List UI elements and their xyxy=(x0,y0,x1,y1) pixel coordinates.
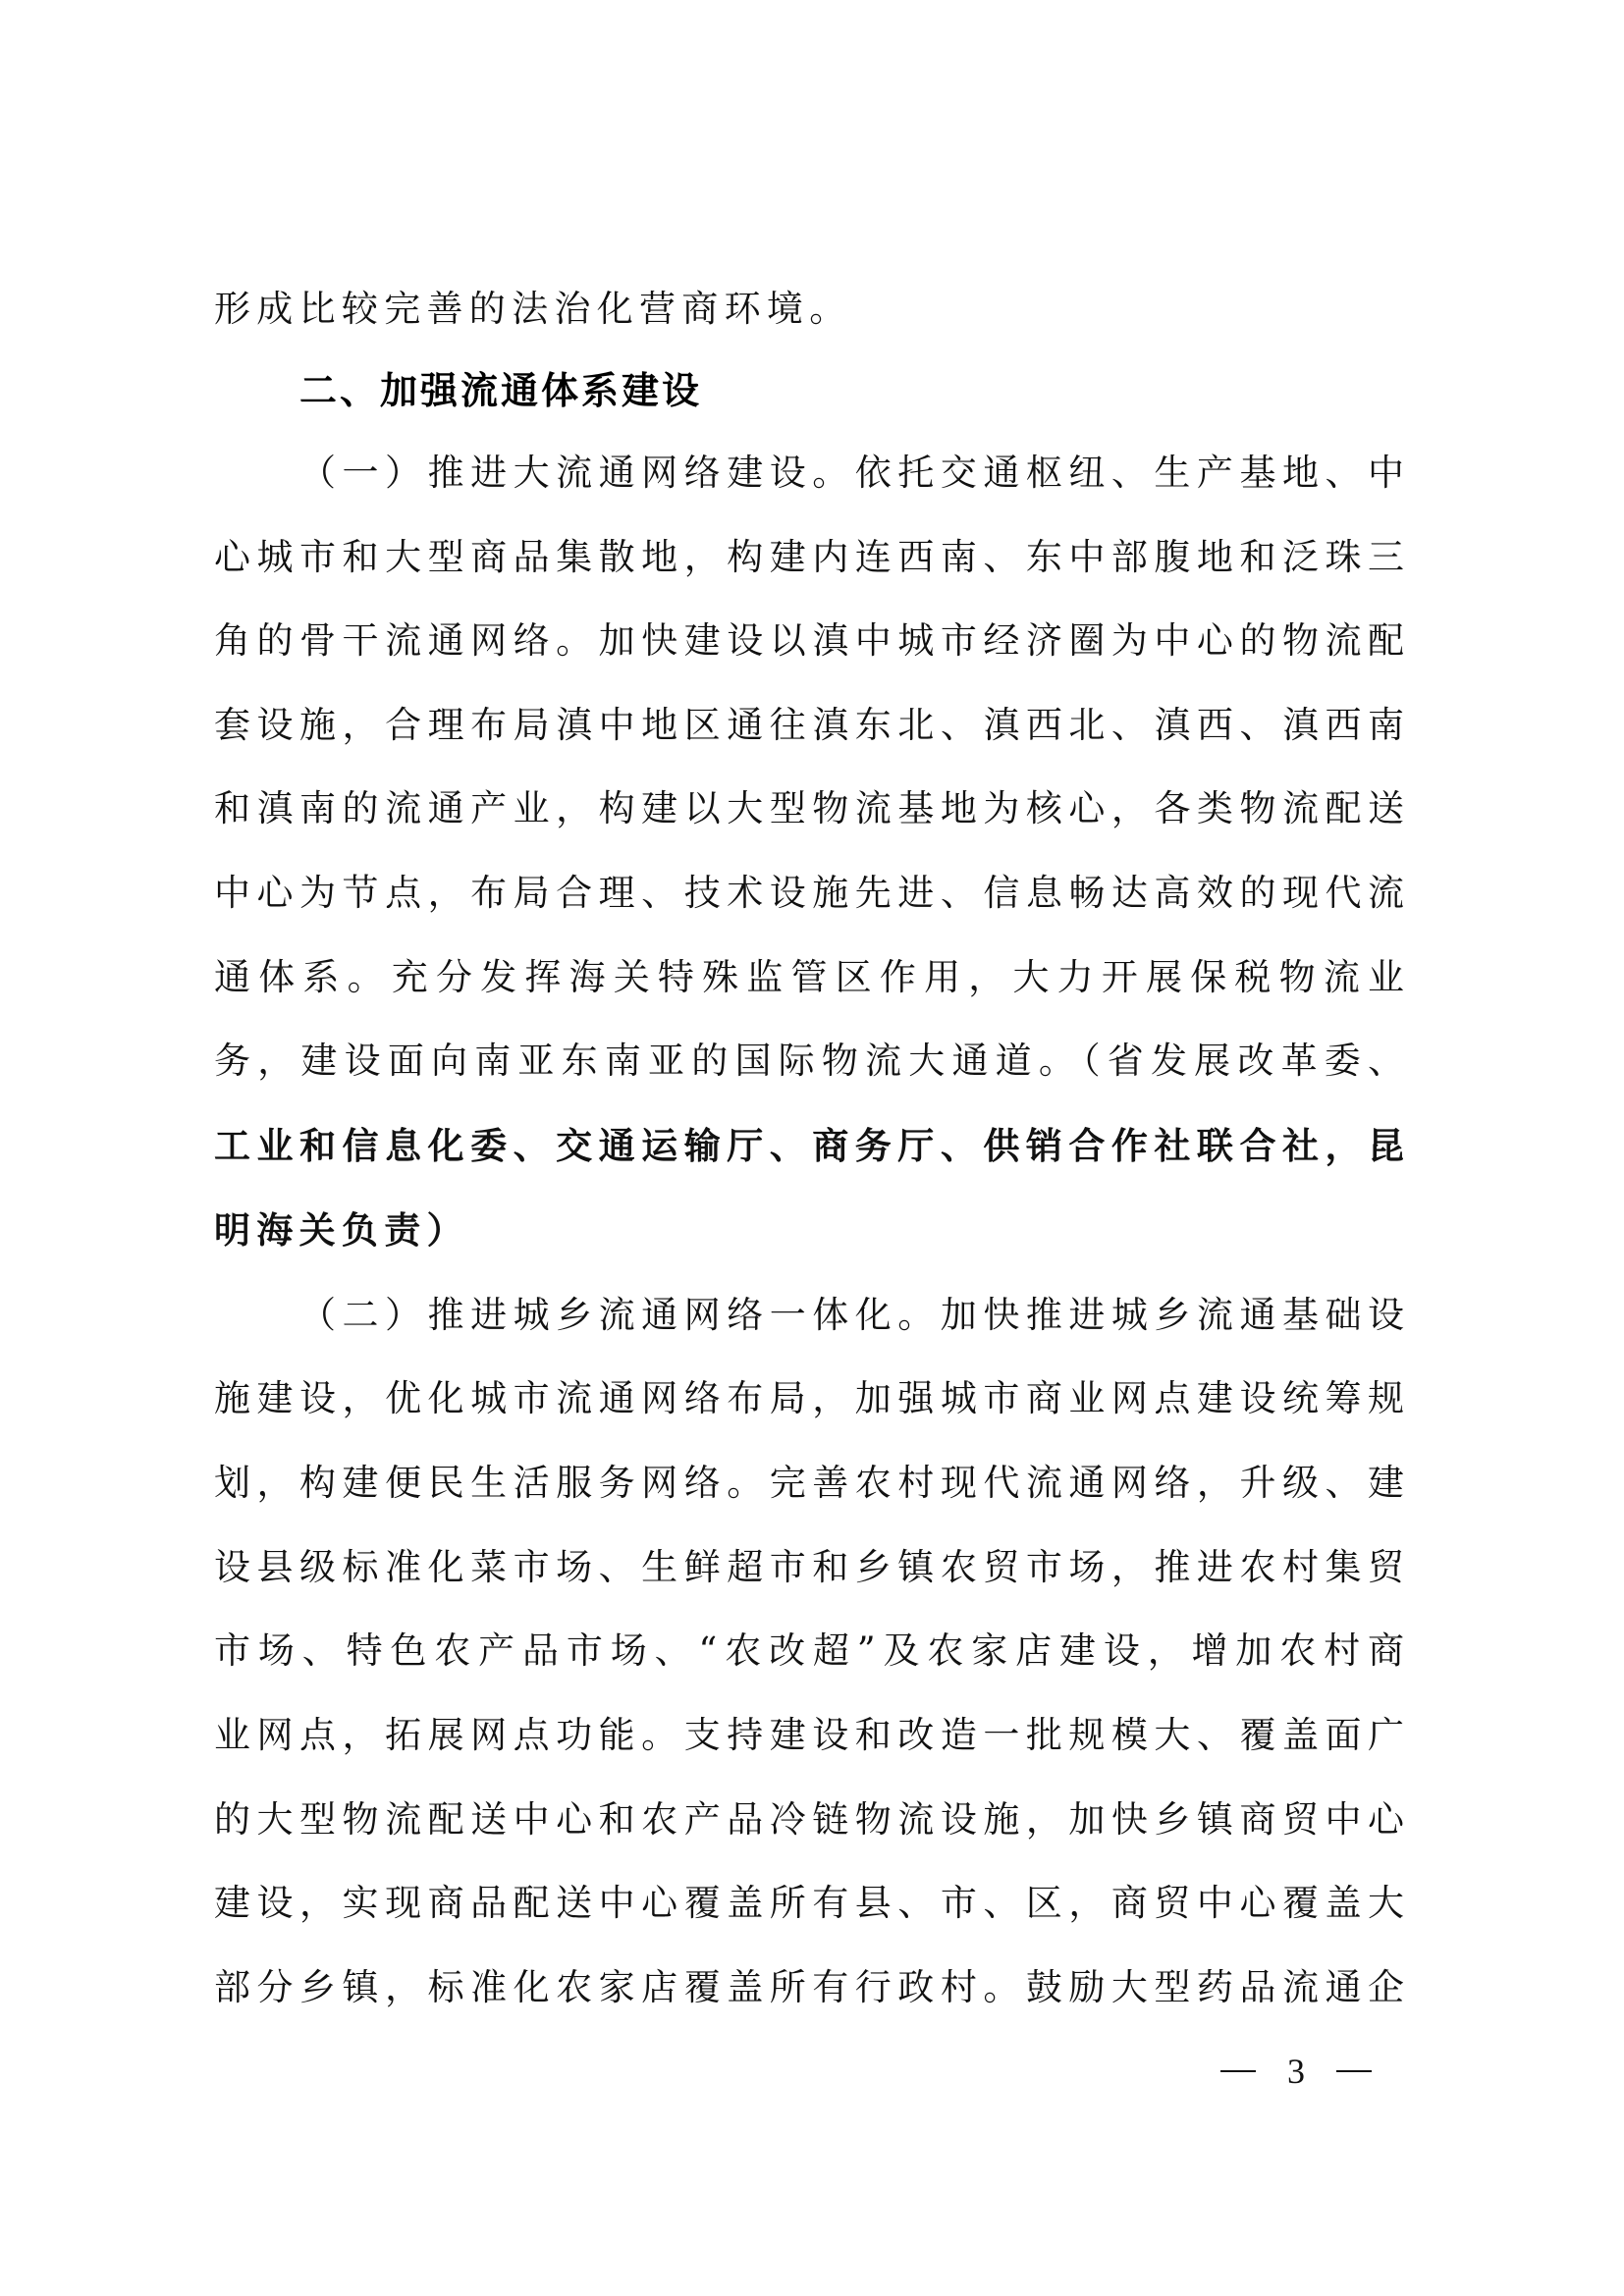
paragraph-line: 部分乡镇，标准化农家店覆盖所有行政村。鼓励大型药品流通企 xyxy=(214,1966,1404,2009)
page-number-value: 3 xyxy=(1287,2051,1305,2092)
paragraph-line: （一）推进大流通网络建设。依托交通枢纽、生产基地、中 xyxy=(299,452,1404,495)
paragraph-line: 设县级标准化菜市场、生鲜超市和乡镇农贸市场，推进农村集贸 xyxy=(214,1546,1404,1589)
paragraph-line: 施建设，优化城市流通网络布局，加强城市商业网点建设统筹规 xyxy=(214,1377,1404,1420)
paragraph-line: 划，构建便民生活服务网络。完善农村现代流通网络，升级、建 xyxy=(214,1462,1404,1505)
responsible-departments-line: 明海关负责） xyxy=(214,1208,1404,1252)
page-number-dash-right xyxy=(1336,2070,1372,2072)
page-number-dash-left xyxy=(1220,2070,1256,2072)
paragraph-line: 角的骨干流通网络。加快建设以滇中城市经济圈为中心的物流配 xyxy=(214,619,1404,663)
paragraph-line: 务，建设面向南亚东南亚的国际物流大通道。（省发展改革委、 xyxy=(214,1040,1404,1083)
paragraph-line: 和滇南的流通产业，构建以大型物流基地为核心，各类物流配送 xyxy=(214,787,1404,830)
responsible-departments-line: 工业和信息化委、交通运输厅、商务厅、供销合作社联合社，昆 xyxy=(214,1124,1404,1167)
section-heading: 二、加强流通体系建设 xyxy=(299,369,702,412)
paragraph-line: 业网点，拓展网点功能。支持建设和改造一批规模大、覆盖面广 xyxy=(214,1714,1404,1757)
paragraph-line: 通体系。充分发挥海关特殊监管区作用，大力开展保税物流业 xyxy=(214,956,1404,999)
page-number: 3 xyxy=(1220,2052,1372,2091)
paragraph-line: 市场、特色农产品市场、“农改超”及农家店建设，增加农村商 xyxy=(214,1629,1404,1673)
document-page: 形成比较完善的法治化营商环境。 二、加强流通体系建设 （一）推进大流通网络建设。… xyxy=(0,0,1624,2296)
paragraph-line: 建设，实现商品配送中心覆盖所有县、市、区，商贸中心覆盖大 xyxy=(214,1882,1404,1925)
paragraph-line: 套设施，合理布局滇中地区通往滇东北、滇西北、滇西、滇西南 xyxy=(214,704,1404,747)
paragraph-line: （二）推进城乡流通网络一体化。加快推进城乡流通基础设 xyxy=(299,1294,1404,1337)
paragraph-line: 心城市和大型商品集散地，构建内连西南、东中部腹地和泛珠三 xyxy=(214,536,1404,579)
paragraph-line: 的大型物流配送中心和农产品冷链物流设施，加快乡镇商贸中心 xyxy=(214,1798,1404,1842)
paragraph-line: 中心为节点，布局合理、技术设施先进、信息畅达高效的现代流 xyxy=(214,872,1404,915)
intro-tail-line: 形成比较完善的法治化营商环境。 xyxy=(214,288,1404,331)
